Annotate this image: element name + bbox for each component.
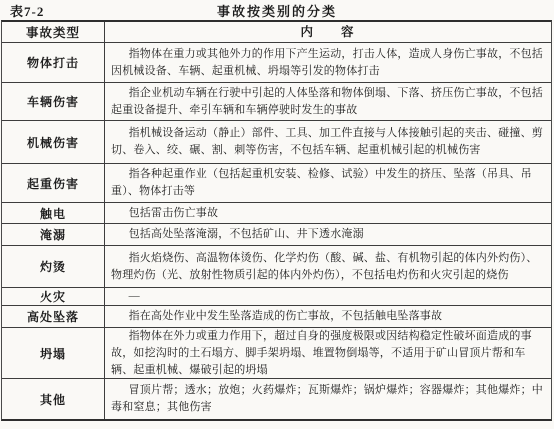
accident-content-cell: 包括雷击伤亡事故 xyxy=(105,203,551,223)
accident-description: 包括雷击伤亡事故 xyxy=(111,205,218,222)
table-row: 淹溺 包括高处坠落淹溺，不包括矿山、井下透水淹溺 xyxy=(2,224,551,246)
accident-content-cell: 包括高处坠落淹溺，不包括矿山、井下透水淹溺 xyxy=(105,224,551,245)
accident-type-cell: 车辆伤害 xyxy=(2,83,105,120)
header-accident-type: 事故类型 xyxy=(2,22,105,42)
accident-type-cell: 起重伤害 xyxy=(2,164,105,202)
table-row: 车辆伤害 指企业机动车辆在行驶中引起的人体坠落和物体倒塌、下落、挤压伤亡事故，不… xyxy=(2,83,551,121)
table-header-row: 事故类型 内 容 xyxy=(2,22,551,43)
table-row: 机械伤害 指机械设备运动（静止）部件、工具、加工件直接与人体接触引起的夹击、碰撞… xyxy=(2,121,551,164)
accident-description: 冒顶片帮；透水；放炮；火药爆炸；瓦斯爆炸；锅炉爆炸；容器爆炸；其他爆炸；中毒和窒… xyxy=(111,382,544,416)
table-row: 高处坠落 指在高处作业中发生坠落造成的伤亡事故，不包括触电坠落事故 xyxy=(2,306,551,328)
accident-description: 包括高处坠落淹溺，不包括矿山、井下透水淹溺 xyxy=(111,226,364,243)
table-row: 起重伤害 指各种起重作业（包括起重机安装、检修、试验）中发生的挤压、坠落（吊具、… xyxy=(2,164,551,203)
accident-content-cell: 指在高处作业中发生坠落造成的伤亡事故，不包括触电坠落事故 xyxy=(105,306,551,327)
accident-content-cell: — xyxy=(105,288,551,305)
table-row: 灼烫 指火焰烧伤、高温物体烫伤、化学灼伤（酸、碱、盐、有机物引起的体内外灼伤）、… xyxy=(2,246,551,288)
accident-description: — xyxy=(111,288,140,305)
table-caption: 表7-2 事故按类别的分类 xyxy=(0,0,554,20)
header-content: 内 容 xyxy=(105,22,551,42)
table-row: 火灾 — xyxy=(2,288,551,306)
accident-description: 指在高处作业中发生坠落造成的伤亡事故，不包括触电坠落事故 xyxy=(111,308,442,325)
accident-description: 指各种起重作业（包括起重机安装、检修、试验）中发生的挤压、坠落（吊具、吊重）、物… xyxy=(111,166,544,200)
accident-type-cell: 灼烫 xyxy=(2,246,105,287)
accident-type-cell: 火灾 xyxy=(2,288,105,305)
accident-type-cell: 其他 xyxy=(2,379,105,419)
accident-type-cell: 机械伤害 xyxy=(2,121,105,163)
accident-description: 指物体在重力或其他外力的作用下产生运动，打击人体，造成人身伤亡事故，不包括因机械… xyxy=(111,46,544,80)
accident-content-cell: 指火焰烧伤、高温物体烫伤、化学灼伤（酸、碱、盐、有机物引起的体内外灼伤）、物理灼… xyxy=(105,246,551,287)
accident-description: 指物体在外力或重力作用下，超过自身的强度极限或因结构稳定性破坏面造成的事故，如挖… xyxy=(111,328,544,379)
accident-content-cell: 冒顶片帮；透水；放炮；火药爆炸；瓦斯爆炸；锅炉爆炸；容器爆炸；其他爆炸；中毒和窒… xyxy=(105,379,551,419)
accident-content-cell: 指物体在外力或重力作用下，超过自身的强度极限或因结构稳定性破坏面造成的事故，如挖… xyxy=(105,328,551,378)
accident-classification-table: 事故类型 内 容 物体打击 指物体在重力或其他外力的作用下产生运动，打击人体，造… xyxy=(1,20,552,421)
accident-description: 指企业机动车辆在行驶中引起的人体坠落和物体倒塌、下落、挤压伤亡事故，不包括起重设… xyxy=(111,85,544,119)
accident-description: 指机械设备运动（静止）部件、工具、加工件直接与人体接触引起的夹击、碰撞、剪切、卷… xyxy=(111,125,544,159)
accident-content-cell: 指机械设备运动（静止）部件、工具、加工件直接与人体接触引起的夹击、碰撞、剪切、卷… xyxy=(105,121,551,163)
accident-type-cell: 触电 xyxy=(2,203,105,223)
accident-type-cell: 淹溺 xyxy=(2,224,105,245)
header-content-label: 内 容 xyxy=(300,24,354,41)
table-row: 触电 包括雷击伤亡事故 xyxy=(2,203,551,224)
accident-description: 指火焰烧伤、高温物体烫伤、化学灼伤（酸、碱、盐、有机物引起的体内外灼伤）、物理灼… xyxy=(111,250,544,284)
table-title: 事故按类别的分类 xyxy=(0,1,554,20)
accident-type-cell: 物体打击 xyxy=(2,43,105,82)
accident-content-cell: 指企业机动车辆在行驶中引起的人体坠落和物体倒塌、下落、挤压伤亡事故，不包括起重设… xyxy=(105,83,551,120)
table-row: 其他 冒顶片帮；透水；放炮；火药爆炸；瓦斯爆炸；锅炉爆炸；容器爆炸；其他爆炸；中… xyxy=(2,379,551,419)
accident-content-cell: 指物体在重力或其他外力的作用下产生运动，打击人体，造成人身伤亡事故，不包括因机械… xyxy=(105,43,551,82)
accident-content-cell: 指各种起重作业（包括起重机安装、检修、试验）中发生的挤压、坠落（吊具、吊重）、物… xyxy=(105,164,551,202)
accident-type-cell: 坍塌 xyxy=(2,328,105,378)
table-row: 坍塌 指物体在外力或重力作用下，超过自身的强度极限或因结构稳定性破坏面造成的事故… xyxy=(2,328,551,379)
table-row: 物体打击 指物体在重力或其他外力的作用下产生运动，打击人体，造成人身伤亡事故，不… xyxy=(2,43,551,83)
accident-type-cell: 高处坠落 xyxy=(2,306,105,327)
